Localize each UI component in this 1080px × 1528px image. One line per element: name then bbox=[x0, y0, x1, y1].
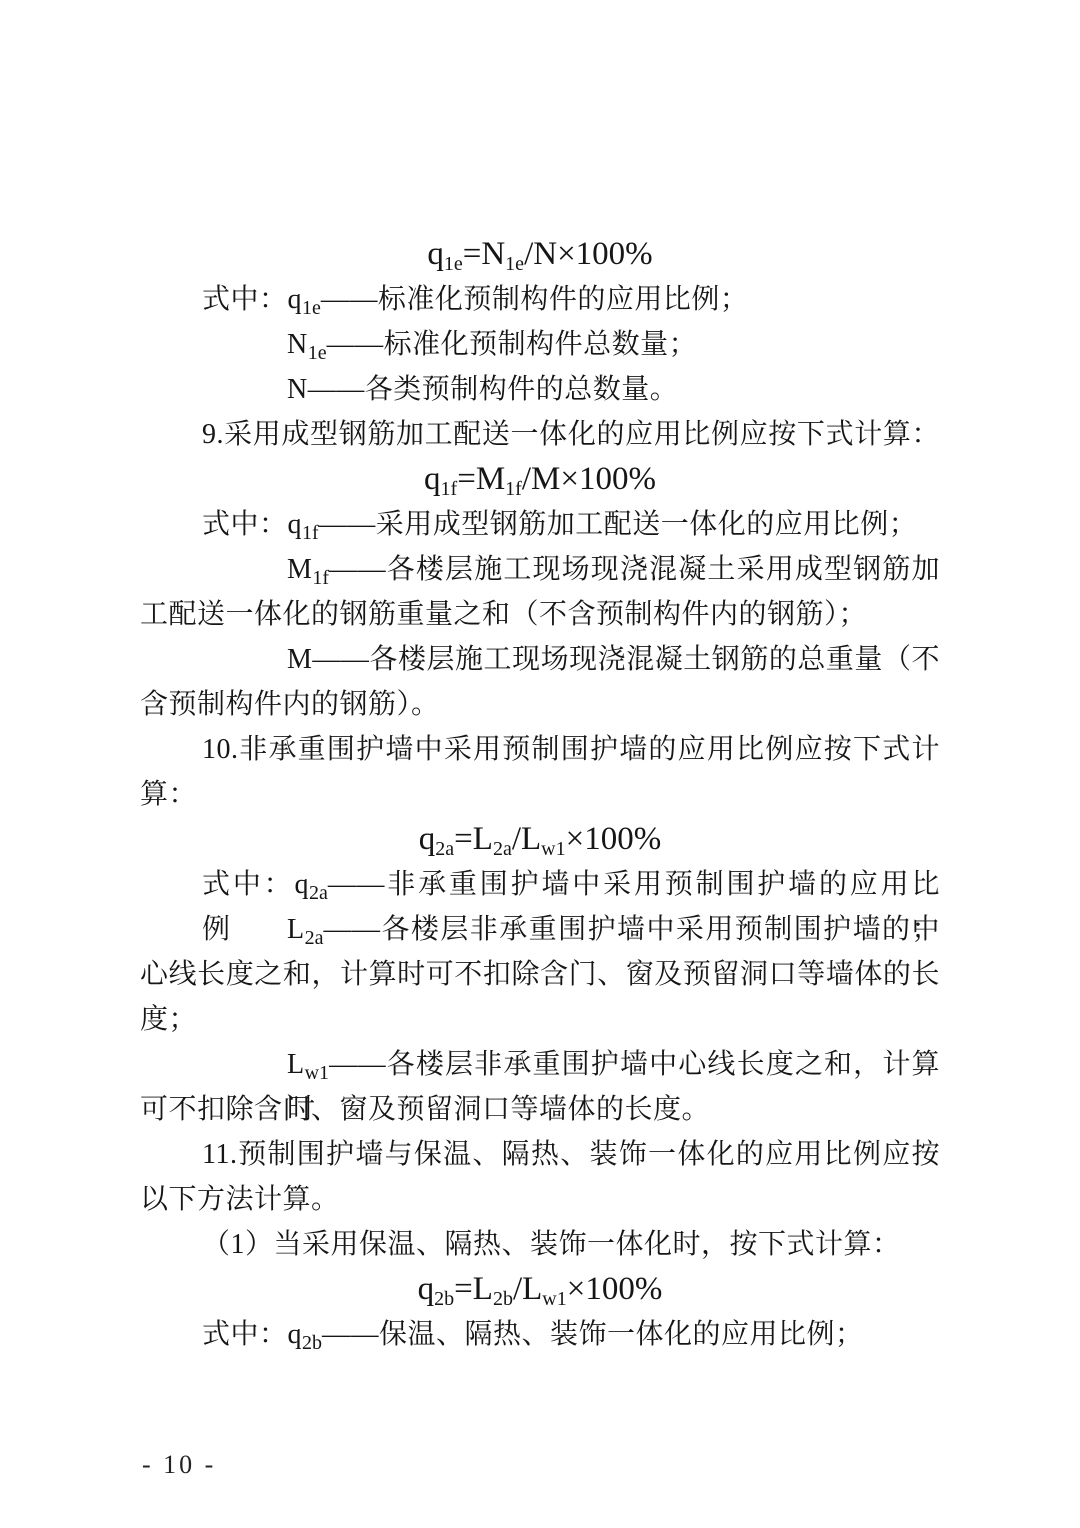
line-def-lw1: Lw1——各楼层非承重围护墙中心线长度之和，计算时 bbox=[140, 1042, 940, 1087]
page-number: - 10 - bbox=[142, 1445, 216, 1485]
formula-subscript: 1e bbox=[505, 253, 524, 275]
text-segment: ——保温、隔热、装饰一体化的应用比例； bbox=[322, 1319, 864, 1350]
line-def-m: M——各楼层施工现场现浇混凝土钢筋的总重量（不 bbox=[140, 637, 940, 682]
formula-subscript: w1 bbox=[305, 1062, 329, 1084]
document-page-background: { "colors": { "background": "#ffffff", "… bbox=[0, 0, 1080, 1528]
text-segment: =N bbox=[463, 236, 505, 272]
line-def-lw1-cont: 可不扣除含门、窗及预留洞口等墙体的长度。 bbox=[140, 1087, 940, 1132]
line-def-l2a-cont: 心线长度之和，计算时可不扣除含门、窗及预留洞口等墙体的长 bbox=[140, 952, 940, 997]
line-def-m1f-cont: 工配送一体化的钢筋重量之和（不含预制构件内的钢筋）； bbox=[140, 592, 940, 637]
formula-q2b: q2b=L2b/Lw1×100% bbox=[140, 1267, 940, 1312]
text-segment: L bbox=[287, 1049, 305, 1080]
formula-subscript: 1e bbox=[308, 342, 327, 364]
line-item-10: 10.非承重围护墙中采用预制围护墙的应用比例应按下式计 bbox=[140, 727, 940, 772]
text-segment: ×100% bbox=[567, 1271, 663, 1307]
text-segment: M——各楼层施工现场现浇混凝土钢筋的总重量（不 bbox=[287, 644, 940, 675]
text-segment: M bbox=[287, 554, 312, 585]
text-segment: q bbox=[424, 461, 441, 497]
text-segment: 以下方法计算。 bbox=[140, 1184, 340, 1215]
formula-q1e: q1e=N1e/N×100% bbox=[140, 232, 940, 277]
line-item-11: 11.预制围护墙与保温、隔热、装饰一体化的应用比例应按 bbox=[140, 1132, 940, 1177]
line-item-11-cont: 以下方法计算。 bbox=[140, 1177, 940, 1222]
line-item-9: 9.采用成型钢筋加工配送一体化的应用比例应按下式计算： bbox=[140, 412, 940, 457]
line-def-q1f: 式中：q1f——采用成型钢筋加工配送一体化的应用比例； bbox=[140, 502, 940, 547]
text-segment: （1）当采用保温、隔热、装饰一体化时，按下式计算： bbox=[202, 1229, 901, 1260]
formula-subscript: 2a bbox=[309, 882, 328, 904]
text-segment: ×100% bbox=[566, 821, 662, 857]
text-segment: ——各楼层非承重围护墙中采用预制围护墙的中 bbox=[324, 914, 941, 945]
formula-subscript: 2b bbox=[434, 1288, 454, 1310]
text-segment: 心线长度之和，计算时可不扣除含门、窗及预留洞口等墙体的长 bbox=[140, 959, 940, 990]
formula-subscript: 2b bbox=[302, 1332, 322, 1354]
formula-subscript: 1e bbox=[444, 253, 463, 275]
text-segment: q bbox=[418, 1271, 435, 1307]
text-segment: 11.预制围护墙与保温、隔热、装饰一体化的应用比例应按 bbox=[202, 1139, 940, 1170]
text-segment: 可不扣除含门、窗及预留洞口等墙体的长度。 bbox=[140, 1094, 710, 1125]
scanned-document-page: q1e=N1e/N×100% 式中：q1e——标准化预制构件的应用比例； N1e… bbox=[0, 0, 1080, 1528]
text-segment: ——采用成型钢筋加工配送一体化的应用比例； bbox=[319, 509, 918, 540]
text-segment: 含预制构件内的钢筋）。 bbox=[140, 689, 440, 720]
text-segment: L bbox=[287, 914, 305, 945]
text-segment: /N×100% bbox=[524, 236, 653, 272]
text-segment: q bbox=[419, 821, 436, 857]
formula-subscript: 1f bbox=[312, 567, 329, 589]
line-def-q2b: 式中：q2b——保温、隔热、装饰一体化的应用比例； bbox=[140, 1312, 940, 1357]
text-segment: 式中：q bbox=[202, 284, 302, 315]
text-segment: 9.采用成型钢筋加工配送一体化的应用比例应按下式计算： bbox=[202, 419, 940, 450]
formula-subscript: w1 bbox=[541, 838, 565, 860]
formula-q1f: q1f=M1f/M×100% bbox=[140, 457, 940, 502]
text-segment: N——各类预制构件的总数量。 bbox=[287, 374, 678, 405]
text-segment: 算： bbox=[140, 779, 197, 810]
text-segment: q bbox=[427, 236, 444, 272]
formula-subscript: 1f bbox=[302, 522, 319, 544]
line-def-q1e: 式中：q1e——标准化预制构件的应用比例； bbox=[140, 277, 940, 322]
line-def-m1f: M1f——各楼层施工现场现浇混凝土采用成型钢筋加 bbox=[140, 547, 940, 592]
text-segment: =L bbox=[454, 821, 493, 857]
text-segment: =L bbox=[454, 1271, 493, 1307]
line-def-l2a-cont2: 度； bbox=[140, 997, 940, 1042]
line-def-n: N——各类预制构件的总数量。 bbox=[140, 367, 940, 412]
formula-subscript: 2b bbox=[493, 1288, 513, 1310]
formula-subscript: 2a bbox=[493, 838, 512, 860]
line-def-m-cont: 含预制构件内的钢筋）。 bbox=[140, 682, 940, 727]
text-segment: 工配送一体化的钢筋重量之和（不含预制构件内的钢筋）； bbox=[140, 599, 867, 630]
text-segment: 度； bbox=[140, 1004, 197, 1035]
line-item-1-paren: （1）当采用保温、隔热、装饰一体化时，按下式计算： bbox=[140, 1222, 940, 1267]
formula-q2a: q2a=L2a/Lw1×100% bbox=[140, 817, 940, 862]
text-segment: /L bbox=[512, 821, 541, 857]
text-segment: 10.非承重围护墙中采用预制围护墙的应用比例应按下式计 bbox=[202, 734, 940, 765]
formula-subscript: 1e bbox=[302, 297, 321, 319]
formula-subscript: 1f bbox=[505, 478, 522, 500]
line-item-10-cont: 算： bbox=[140, 772, 940, 817]
line-def-n1e: N1e——标准化预制构件总数量； bbox=[140, 322, 940, 367]
text-segment: /L bbox=[513, 1271, 542, 1307]
formula-subscript: 1f bbox=[441, 478, 458, 500]
formula-subscript: 2a bbox=[435, 838, 454, 860]
text-segment: 式中：q bbox=[202, 869, 309, 900]
document-body: q1e=N1e/N×100% 式中：q1e——标准化预制构件的应用比例； N1e… bbox=[140, 232, 940, 1357]
line-def-q2a: 式中：q2a——非承重围护墙中采用预制围护墙的应用比例； bbox=[140, 862, 940, 907]
formula-subscript: 2a bbox=[305, 927, 324, 949]
text-segment: N bbox=[287, 329, 308, 360]
text-segment: =M bbox=[457, 461, 505, 497]
text-segment: ——标准化预制构件总数量； bbox=[327, 329, 698, 360]
text-segment: 式中：q bbox=[202, 1319, 302, 1350]
formula-subscript: w1 bbox=[542, 1288, 566, 1310]
text-segment: ——各楼层施工现场现浇混凝土采用成型钢筋加 bbox=[329, 554, 940, 585]
text-segment: /M×100% bbox=[522, 461, 656, 497]
text-segment: ——标准化预制构件的应用比例； bbox=[321, 284, 749, 315]
text-segment: 式中：q bbox=[202, 509, 302, 540]
